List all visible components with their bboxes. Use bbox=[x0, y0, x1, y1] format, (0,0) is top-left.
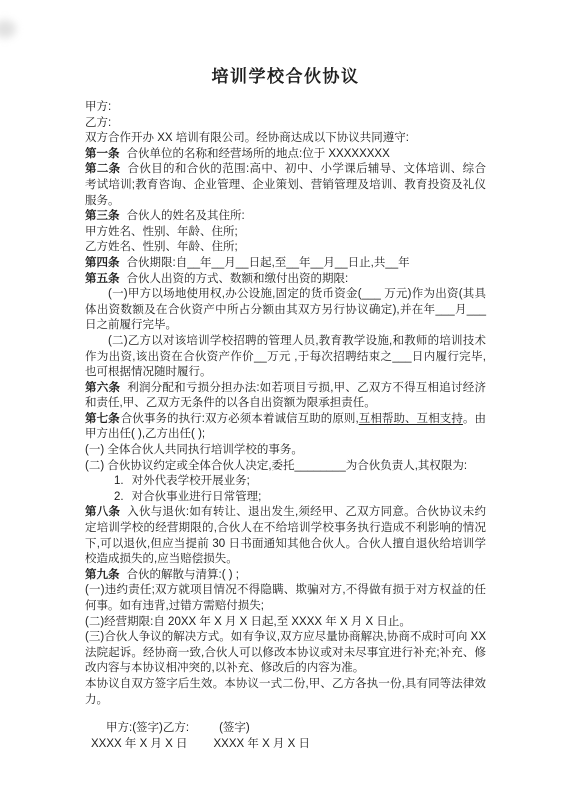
scan-artifact bbox=[0, 20, 16, 38]
clause-9-number: 第九条 bbox=[85, 569, 120, 581]
clause-2-text: 合伙目的和合伙的范围:高中、初中、小学课后辅导、文体培训、综合考试培训;教育咨询… bbox=[85, 163, 486, 206]
clause-1-number: 第一条 bbox=[85, 148, 120, 160]
clause-7-text-underlined: 互相帮助、互相支持 bbox=[359, 413, 463, 425]
party-b-signature-placeholder: (签字) bbox=[219, 722, 250, 734]
closing-statement: 本协议自双方签字后生效。本协议一式二份,甲、乙方各执一份,具有同等法律效力。 bbox=[85, 677, 486, 708]
clause-2-number: 第二条 bbox=[85, 163, 121, 175]
clause-3-text: 合伙人的姓名及其住所: bbox=[127, 210, 245, 222]
clause-7-sub-item-2-number: 2. bbox=[114, 491, 124, 503]
clause-4-text: 合伙期限:自__年__月__日起,至__年__月__日止,共__年 bbox=[127, 257, 410, 269]
clause-5-item-2: (二)乙方以对该培训学校招聘的管理人员,教育教学设施,和教师的培训技术作为出资,… bbox=[85, 334, 486, 381]
clause-5-text: 合伙人出资的方式、数额和缴付出资的期限: bbox=[127, 273, 349, 285]
party-b-date: XXXX 年 X 月 X 日 bbox=[214, 738, 311, 750]
clause-9-item-2: (二)经营期限:自 20XX 年 X 月 X 日起,至 XXXX 年 X 月 X… bbox=[85, 615, 486, 631]
document-page: 培训学校合伙协议 甲方: 乙方: 双方合作开办 XX 培训有限公司。经协商达成以… bbox=[0, 0, 566, 800]
clause-5: 第五条合伙人出资的方式、数额和缴付出资的期限: bbox=[85, 272, 486, 288]
clause-9-item-1: (一)违约责任;双方就项目情况不得隐瞒、欺骗对方,不得做有损于对方权益的任何事。… bbox=[85, 583, 486, 614]
clause-7-item-1: (一) 全体合伙人共同执行培训学校的事务。 bbox=[85, 443, 486, 459]
clause-7-sub-item-1-number: 1. bbox=[114, 475, 124, 487]
preamble: 双方合作开办 XX 培训有限公司。经协商达成以下协议共同遵守: bbox=[85, 131, 486, 147]
clause-6-text: 利润分配和亏损分担办法:如若项目亏损,甲、乙双方不得互相追讨经济和责任,甲、乙双… bbox=[85, 382, 486, 410]
clause-4: 第四条合伙期限:自__年__月__日起,至__年__月__日止,共__年 bbox=[85, 256, 486, 272]
clause-9-text: 合伙的解散与清算:( ) ; bbox=[127, 569, 239, 581]
clause-7: 第七条合伙事务的执行:双方必须本着诚信互助的原则,互相帮助、互相支持。由甲方出任… bbox=[85, 412, 486, 443]
clause-2: 第二条合伙目的和合伙的范围:高中、初中、小学课后辅导、文体培训、综合考试培训;教… bbox=[85, 162, 486, 209]
party-b-line: 乙方: bbox=[85, 116, 486, 132]
clause-7-text-pre: 合伙事务的执行:双方必须本着诚信互助的原则, bbox=[121, 413, 359, 425]
clause-7-sub-item-1-text: 对外代表学校开展业务; bbox=[132, 475, 250, 487]
clause-3-number: 第三条 bbox=[85, 210, 120, 222]
clause-3-party-a-info: 甲方姓名、性别、年龄、住所; bbox=[85, 225, 486, 241]
clause-7-sub-item-2: 2.对合伙事业进行日常管理; bbox=[85, 490, 486, 506]
clause-1-text: 合伙单位的名称和经营场所的地点:位于 XXXXXXXX bbox=[127, 148, 390, 160]
clause-1: 第一条合伙单位的名称和经营场所的地点:位于 XXXXXXXX bbox=[85, 147, 486, 163]
clause-3: 第三条合伙人的姓名及其住所: bbox=[85, 209, 486, 225]
clause-6: 第六条利润分配和亏损分担办法:如若项目亏损,甲、乙双方不得互相追讨经济和责任,甲… bbox=[85, 381, 486, 412]
party-a-line: 甲方: bbox=[85, 100, 486, 116]
clause-3-party-b-info: 乙方姓名、性别、年龄、住所; bbox=[85, 240, 486, 256]
clause-5-number: 第五条 bbox=[85, 273, 120, 285]
party-a-date: XXXX 年 X 月 X 日 bbox=[91, 738, 188, 750]
clause-7-number: 第七条 bbox=[85, 413, 120, 425]
clause-8: 第八条入伙与退伙:如有转让、退出发生,须经甲、乙双方同意。合伙协议未约定培训学校… bbox=[85, 505, 486, 567]
clause-5-item-1: (一)甲方以场地使用权,办公设施,固定的货币资金(___ 万元)作为出资(其具体… bbox=[85, 287, 486, 334]
date-line: XXXX 年 X 月 X 日XXXX 年 X 月 X 日 bbox=[85, 737, 486, 753]
clause-8-number: 第八条 bbox=[85, 506, 120, 518]
party-b-signature-label: 乙方: bbox=[163, 722, 189, 734]
party-a-signature-label: 甲方:(签字) bbox=[106, 722, 163, 734]
clause-6-number: 第六条 bbox=[85, 382, 120, 394]
clause-7-sub-item-1: 1.对外代表学校开展业务; bbox=[85, 474, 486, 490]
clause-9: 第九条合伙的解散与清算:( ) ; bbox=[85, 568, 486, 584]
clause-7-sub-item-2-text: 对合伙事业进行日常管理; bbox=[132, 491, 262, 503]
clause-8-text: 入伙与退伙:如有转让、退出发生,须经甲、乙双方同意。合伙协议未约定培训学校的经营… bbox=[85, 506, 486, 565]
clause-4-number: 第四条 bbox=[85, 257, 120, 269]
signature-block: 甲方:(签字)乙方:(签字) XXXX 年 X 月 X 日XXXX 年 X 月 … bbox=[85, 721, 486, 752]
page-title: 培训学校合伙协议 bbox=[85, 62, 486, 87]
signature-line: 甲方:(签字)乙方:(签字) bbox=[85, 721, 486, 737]
clause-7-item-2: (二) 合伙协议约定或全体合伙人决定,委托________为合伙负责人,其权限为… bbox=[85, 459, 486, 475]
clause-9-item-3: (三)合伙人争议的解决方式。如有争议,双方应尽量协商解决,协商不成时可向 XX … bbox=[85, 630, 486, 677]
